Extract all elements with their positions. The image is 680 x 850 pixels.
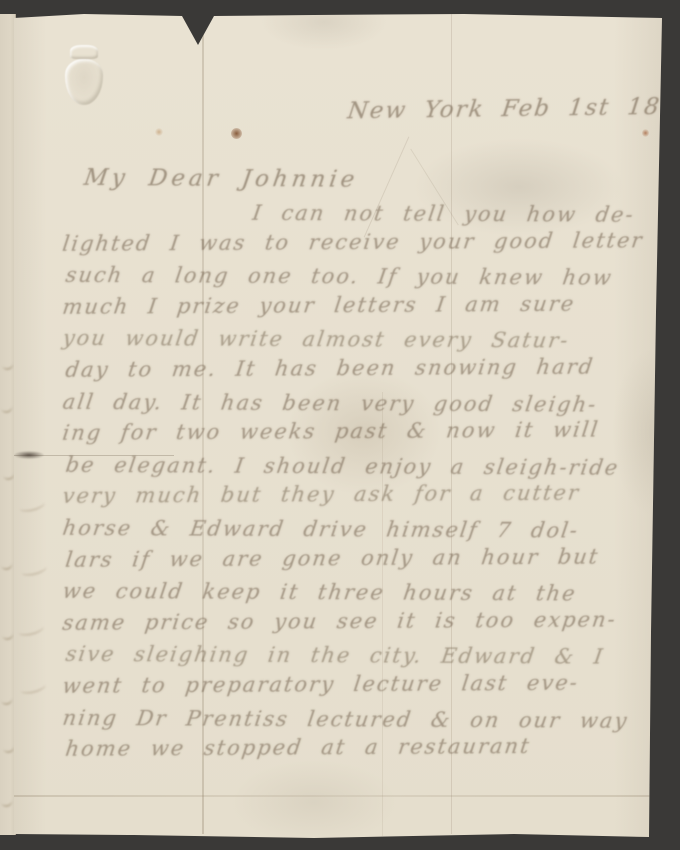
bleed-through-stroke (1, 628, 14, 641)
letter-page: New York Feb 1st 1862. My Dear Johnnie I… (14, 12, 666, 840)
bleed-through-stroke (17, 621, 45, 638)
salutation: My Dear Johnnie (82, 165, 360, 193)
dateline: New York Feb 1st 1862. (346, 94, 680, 125)
bleed-through-stroke (2, 468, 15, 481)
bleed-through-stroke (19, 679, 47, 696)
handwritten-line: very much but they ask for a cutter (60, 481, 665, 516)
foxing-spot (642, 129, 649, 137)
handwritten-line: ing for two weeks past & now it will (60, 417, 665, 452)
handwritten-line: went to preparatory lecture last eve- (60, 670, 665, 705)
foxing-spot (231, 128, 242, 139)
ink-smudge (14, 451, 44, 459)
bleed-through-stroke (0, 558, 13, 571)
horizontal-fold-crease (14, 795, 654, 797)
bleed-through-stroke (20, 561, 48, 578)
letter-body: I can not tell you how de- lighted I was… (60, 200, 660, 769)
adjacent-page-edge (0, 14, 16, 835)
bleed-through-stroke (18, 497, 46, 514)
bleed-through-stroke (2, 741, 15, 754)
embossed-crest-stamp-icon (58, 45, 112, 111)
handwritten-line: home we stopped at a restaurant (63, 733, 665, 768)
handwritten-line: lighted I was to receive your good lette… (60, 228, 665, 263)
letter-scan: New York Feb 1st 1862. My Dear Johnnie I… (0, 0, 680, 850)
handwritten-line: day to me. It has been snowing hard (63, 354, 665, 389)
bleed-through-stroke (0, 401, 13, 414)
foxing-spot (155, 128, 163, 136)
crest-shield (65, 59, 103, 105)
crest-crown (70, 45, 98, 59)
handwritten-line: same price so you see it is too expen- (60, 607, 665, 642)
handwritten-line: lars if we are gone only an hour but (63, 544, 665, 579)
handwritten-line: much I prize your letters I am sure (60, 291, 665, 326)
bleed-through-stroke (0, 693, 13, 706)
bleed-through-stroke (0, 795, 13, 808)
bleed-through-stroke (1, 358, 14, 371)
